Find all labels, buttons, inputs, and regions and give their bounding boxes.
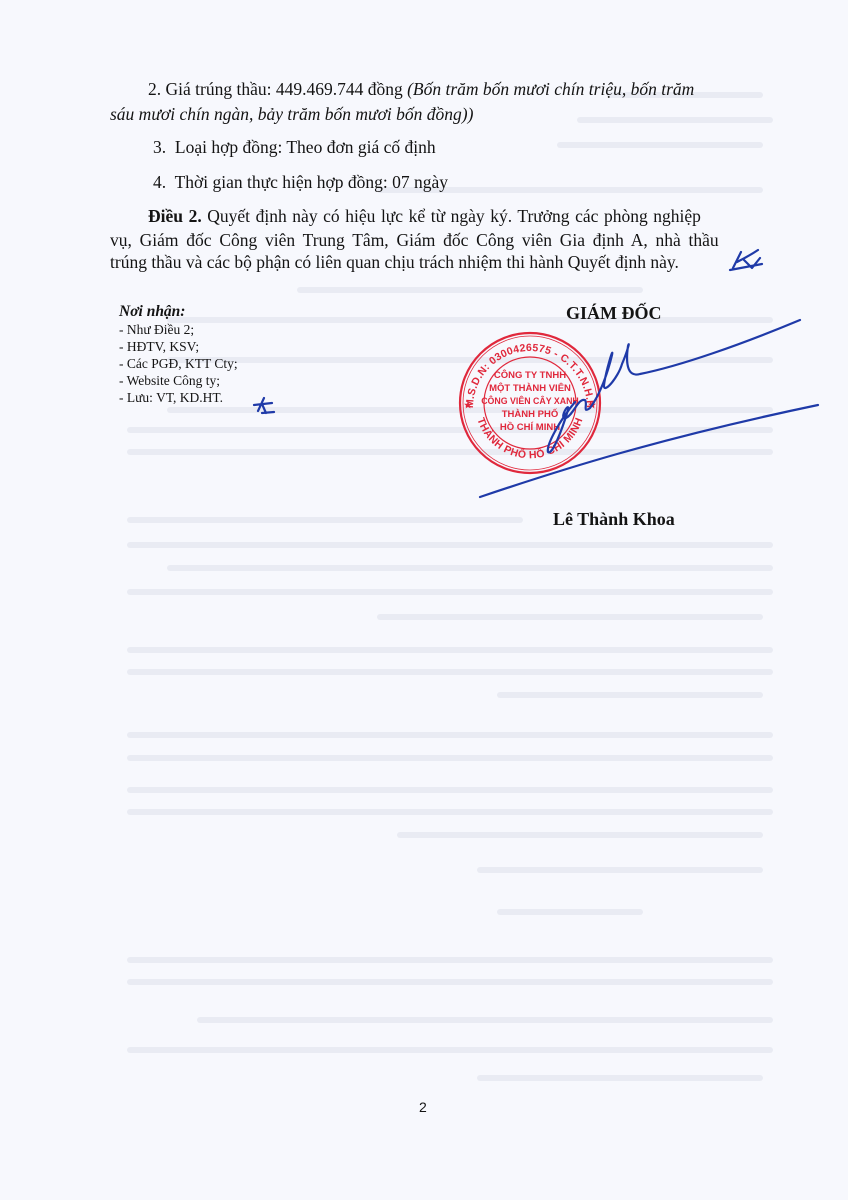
stamp-line: CÔNG TY TNHH [494, 369, 566, 381]
item-number: 4. [153, 172, 166, 192]
signer-title: GIÁM ĐỐC [566, 303, 662, 324]
page-number: 2 [419, 1099, 427, 1115]
recipient-item: - Lưu: VT, KD.HT. [119, 389, 238, 406]
article-2-line-2: vụ, Giám đốc Công viên Trung Tâm, Giám đ… [110, 232, 719, 250]
company-seal-stamp: M.S.D.N: 0300426575 - C.T.T.N.H.H THÀNH … [455, 328, 605, 478]
item-contract-type: 3. Loại hợp đồng: Theo đơn giá cố định [153, 139, 436, 157]
stamp-line: MỘT THÀNH VIÊN [489, 382, 571, 394]
article-2-line-3: trúng thầu và các bộ phận có liên quan c… [110, 254, 679, 272]
stamp-line: HỒ CHÍ MINH [500, 421, 560, 433]
item-text: Loại hợp đồng: Theo đơn giá cố định [175, 137, 436, 157]
item-note: (Bốn trăm bốn mươi chín triệu, bốn trăm [407, 79, 694, 99]
item-number: 3. [153, 137, 166, 157]
svg-text:★: ★ [464, 400, 473, 410]
recipient-item: - Các PGĐ, KTT Cty; [119, 355, 238, 372]
article-2-text: Quyết định này có hiệu lực kể từ ngày ký… [207, 206, 701, 226]
recipient-item: - HĐTV, KSV; [119, 338, 238, 355]
stamp-line: CÔNG VIÊN CÂY XANH [481, 395, 579, 406]
article-2-heading: Điều 2. [148, 206, 202, 226]
recipient-item: - Website Công ty; [119, 372, 238, 389]
item-number: 2. [148, 79, 161, 99]
svg-text:★: ★ [588, 400, 597, 410]
item-text: Thời gian thực hiện hợp đồng: 07 ngày [175, 172, 448, 192]
article-2-line-1: Điều 2. Quyết định này có hiệu lực kể từ… [148, 208, 701, 226]
item-price-note-continued: sáu mươi chín ngàn, bảy trăm bốn mươi bố… [110, 106, 473, 124]
recipients-heading: Nơi nhận: [119, 303, 238, 320]
item-duration: 4. Thời gian thực hiện hợp đồng: 07 ngày [153, 174, 448, 192]
recipient-item: - Như Điều 2; [119, 321, 238, 338]
recipients-block: Nơi nhận: - Như Điều 2; - HĐTV, KSV; - C… [119, 303, 238, 406]
item-price: 2. Giá trúng thầu: 449.469.744 đồng (Bốn… [148, 81, 694, 99]
stamp-line: THÀNH PHỐ [502, 408, 558, 420]
item-label: Giá trúng thầu: 449.469.744 đồng [166, 79, 403, 99]
signer-name: Lê Thành Khoa [553, 509, 675, 530]
